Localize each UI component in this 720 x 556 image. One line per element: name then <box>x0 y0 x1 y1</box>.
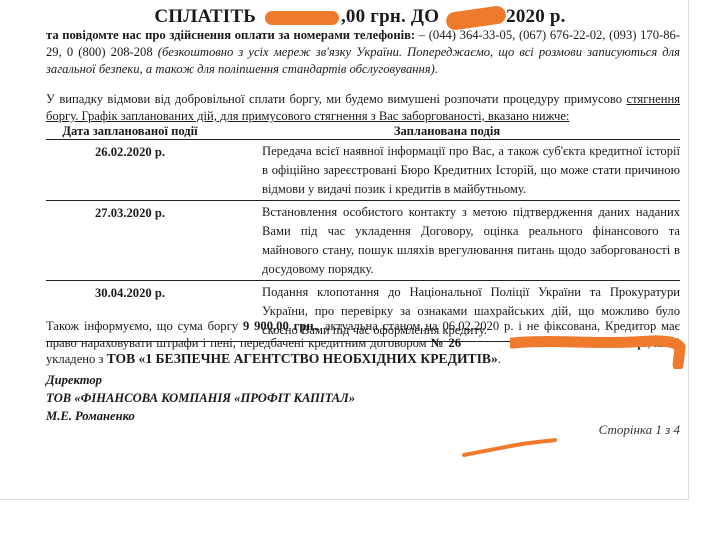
table-row: 26.02.2020 р. Передача всієї наявної інф… <box>46 140 680 201</box>
document-title: СПЛАТІТЬ ,00 грн. ДО 2020 р. <box>0 6 720 28</box>
title-currency: грн. ДО <box>370 6 439 27</box>
contact-intro: та повідомте нас про здійснення оплати з… <box>46 28 415 42</box>
header-event: Запланована подія <box>214 123 680 140</box>
redaction-scribble-contract <box>510 335 688 369</box>
info-text: Також інформуємо, що сума боргу <box>46 319 243 333</box>
creditor-company: ТОВ «1 БЕЗПЕЧНЕ АГЕНТСТВО НЕОБХІДНИХ КРЕ… <box>107 351 498 366</box>
contract-number: № 26 <box>431 336 461 350</box>
signature-block: Директор ТОВ «ФІНАНСОВА КОМПАНІЯ «ПРОФІТ… <box>46 371 355 425</box>
signature-name: М.Е. Романенко <box>46 407 355 425</box>
title-date: 2020 р. <box>506 6 565 27</box>
table-header-row: Дата запланованої події Запланована поді… <box>46 123 680 140</box>
page-number: Сторінка 1 з 4 <box>599 422 680 438</box>
row-date: 27.03.2020 р. <box>46 201 214 281</box>
row-date: 26.02.2020 р. <box>46 140 214 201</box>
info-text: . <box>498 352 501 366</box>
redaction-mark-amount <box>265 11 339 25</box>
orange-scribble-mark <box>460 436 560 460</box>
debt-amount: 9 900,00 грн. <box>243 319 317 333</box>
row-event: Передача всієї наявної інформації про Ва… <box>214 140 680 201</box>
contact-paragraph: та повідомте нас про здійснення оплати з… <box>46 27 680 78</box>
refusal-text: У випадку відмови від добровільної сплат… <box>46 92 627 106</box>
title-mid: ,00 <box>341 6 370 27</box>
refusal-paragraph: У випадку відмови від добровільної сплат… <box>46 91 680 125</box>
signature-position: Директор <box>46 371 355 389</box>
title-prefix: СПЛАТІТЬ <box>154 6 256 27</box>
table-row: 27.03.2020 р. Встановлення особистого ко… <box>46 201 680 281</box>
schedule-table: Дата запланованої події Запланована поді… <box>46 123 680 342</box>
row-event: Встановлення особистого контакту з метою… <box>214 201 680 281</box>
signature-company: ТОВ «ФІНАНСОВА КОМПАНІЯ «ПРОФІТ КАПІТАЛ» <box>46 389 355 407</box>
header-date: Дата запланованої події <box>46 123 214 140</box>
